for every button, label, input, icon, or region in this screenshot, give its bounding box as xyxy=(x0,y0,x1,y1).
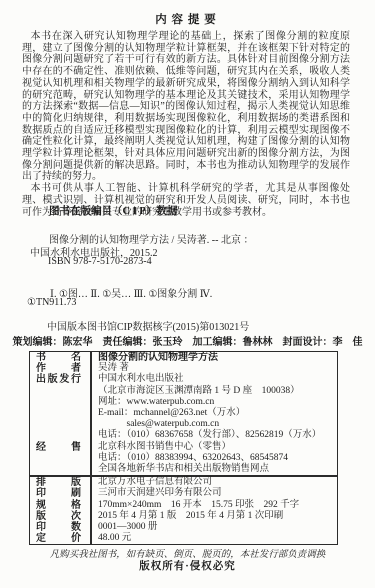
colophon-line: 图像分割的认知物理学方法 xyxy=(98,352,337,363)
colophon-row-content: 0001—3000 册 xyxy=(92,522,337,533)
cip-filing-number: 中国版本图书馆CIP数据核字(2015)第013021号 xyxy=(47,318,249,333)
colophon-row-label: 印刷 xyxy=(30,488,92,499)
colophon-row-content: 北京科水图书销售中心（零售）电话：（010）88383994、63202643、… xyxy=(92,442,337,476)
cip-classification-code: ①TN911.73 xyxy=(27,297,76,308)
colophon-row: 规格170mm×240mm 16 开本 15.75 印张 292 千字 xyxy=(30,500,337,511)
colophon-row: 印刷三河市天润建兴印务有限公司 xyxy=(30,488,337,499)
colophon-line: 170mm×240mm 16 开本 15.75 印张 292 千字 xyxy=(98,500,337,511)
colophon-row-label: 作者 xyxy=(30,363,92,374)
colophon-table: 书名图像分割的认知物理学方法作者吴涛 著出版发行中国水利水电出版社（北京市海淀区… xyxy=(29,351,338,545)
colophon-line: 吴涛 著 xyxy=(98,363,337,374)
colophon-row-content: 48.00 元 xyxy=(92,533,337,544)
cip-heading: 图书在版编目（C I P）数据 xyxy=(49,203,177,218)
colophon-row: 定价48.00 元 xyxy=(30,533,337,544)
colophon-row: 作者吴涛 著 xyxy=(30,363,337,374)
colophon-row: 版次2015 年 4 月第 1 版 2015 年 4 月第 1 次印刷 xyxy=(30,511,337,522)
editors-credit-line: 策划编辑：陈宏华 责任编辑：张玉玲 加工编辑：鲁林林 封面设计：李 佳 xyxy=(0,333,375,348)
colophon-row: 书名图像分割的认知物理学方法 xyxy=(30,352,337,363)
colophon-row: 印数0001—3000 册 xyxy=(30,522,337,533)
colophon-line: 中国水利水电出版社 xyxy=(98,374,337,385)
colophon-rows: 书名图像分割的认知物理学方法作者吴涛 著出版发行中国水利水电出版社（北京市海淀区… xyxy=(30,352,337,544)
colophon-line: 2015 年 4 月第 1 版 2015 年 4 月第 1 次印刷 xyxy=(98,511,337,522)
colophon-row-content: 吴涛 著 xyxy=(92,363,337,374)
colophon-line: 电话：（010）88383994、63202643、68545874 xyxy=(98,453,337,464)
colophon-line: （北京市海淀区玉渊潭南路 1 号 D 座 100038） xyxy=(98,386,337,397)
colophon-row-label: 经售 xyxy=(30,442,92,476)
colophon-row-label: 出版发行 xyxy=(30,374,92,441)
colophon-row: 经售北京科水图书销售中心（零售）电话：（010）88383994、6320264… xyxy=(30,442,337,476)
colophon-line: 48.00 元 xyxy=(98,533,337,544)
content-summary-section: 内 容 提 要 本书在深入研究认知物理学理论的基础上，探索了图像分割的粒度原理，… xyxy=(22,11,350,218)
colophon-row: 排版北京万水电子信息有限公司 xyxy=(30,475,337,488)
colophon-row-label: 定价 xyxy=(30,533,92,544)
colophon-row-label: 排版 xyxy=(30,477,92,488)
colophon-row-label: 规格 xyxy=(30,500,92,511)
colophon-line: 0001—3000 册 xyxy=(98,522,337,533)
colophon-row-content: 2015 年 4 月第 1 版 2015 年 4 月第 1 次印刷 xyxy=(92,511,337,522)
colophon-row-content: 中国水利水电出版社（北京市海淀区玉渊潭南路 1 号 D 座 100038）网址：… xyxy=(92,374,337,441)
colophon-line: 全国各地新华书店和相关出版物销售网点 xyxy=(98,464,337,475)
colophon-row-label: 版次 xyxy=(30,511,92,522)
colophon-line: 北京科水图书销售中心（零售） xyxy=(98,442,337,453)
colophon-line: 电话：（010）68367658（发行部）、82562819（万水） xyxy=(98,430,337,441)
colophon-line: 网址：www.waterpub.com.cn xyxy=(98,397,337,408)
colophon-line: E-mail：mchannel@263.net（万水） xyxy=(98,408,337,419)
colophon-line: 北京万水电子信息有限公司 xyxy=(98,477,337,488)
copyright-notice: 版权所有·侵权必究 xyxy=(0,558,375,573)
colophon-row-content: 北京万水电子信息有限公司 xyxy=(92,477,337,488)
content-summary-title: 内 容 提 要 xyxy=(22,11,350,27)
colophon-row-content: 170mm×240mm 16 开本 15.75 印张 292 千字 xyxy=(92,500,337,511)
colophon-line: 三河市天润建兴印务有限公司 xyxy=(98,488,337,499)
colophon-row-content: 三河市天润建兴印务有限公司 xyxy=(92,488,337,499)
summary-paragraph: 本书在深入研究认知物理学理论的基础上，探索了图像分割的粒度原理，建立了图像分割的… xyxy=(22,31,350,183)
colophon-row-content: 图像分割的认知物理学方法 xyxy=(92,352,337,363)
colophon-row: 出版发行中国水利水电出版社（北京市海淀区玉渊潭南路 1 号 D 座 100038… xyxy=(30,374,337,441)
colophon-line: sales@waterpub.com.cn xyxy=(98,419,337,430)
colophon-row-label: 印数 xyxy=(30,522,92,533)
cip-isbn: ISBN 978-7-5170-2873-4 xyxy=(48,256,152,267)
book-copyright-page: 内 容 提 要 本书在深入研究认知物理学理论的基础上，探索了图像分割的粒度原理，… xyxy=(0,0,375,588)
colophon-row-label: 书名 xyxy=(30,352,92,363)
